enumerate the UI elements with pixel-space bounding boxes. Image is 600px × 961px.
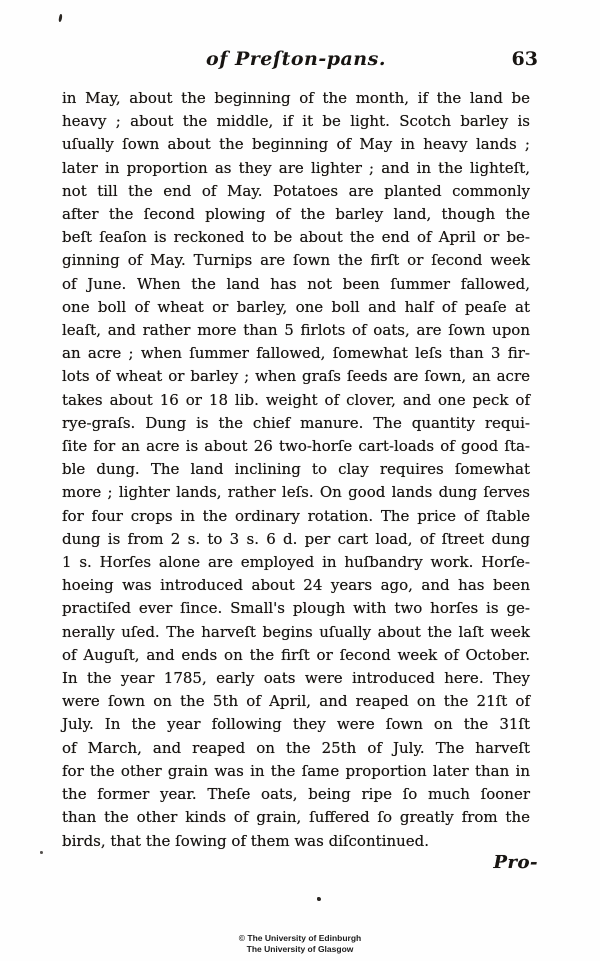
text-line: one boll of wheat or barley, one boll an… — [62, 296, 530, 319]
text-line: practiſed ever ſince. Small's plough wit… — [62, 597, 530, 620]
text-line: beſt ſeaſon is reckoned to be about the … — [62, 226, 530, 249]
text-line: later in proportion as they are lighter … — [62, 157, 530, 180]
page-number: 63 — [512, 48, 538, 70]
text-line: than the other kinds of grain, ſuffered … — [62, 806, 530, 829]
ink-speck — [317, 897, 321, 901]
text-line: in May, about the beginning of the month… — [62, 87, 530, 110]
ink-speck — [58, 14, 63, 22]
text-line: of June. When the land has not been ſumm… — [62, 273, 530, 296]
running-title: of Preſton-pans. — [62, 48, 530, 70]
text-line: leaſt, and rather more than 5 firlots of… — [62, 319, 530, 342]
text-line: ginning of May. Turnips are ſown the fir… — [62, 249, 530, 272]
text-line: an acre ; when ſummer fallowed, ſomewhat… — [62, 342, 530, 365]
copyright-line: © The University of Edinburgh — [0, 933, 600, 944]
text-line: after the ſecond plowing of the barley l… — [62, 203, 530, 226]
text-line: dung is from 2 s. to 3 s. 6 d. per cart … — [62, 528, 530, 551]
copyright-line: The University of Glasgow — [0, 944, 600, 955]
text-line: heavy ; about the middle, if it be light… — [62, 110, 530, 133]
text-line: for the other grain was in the ſame prop… — [62, 760, 530, 783]
text-line: of Auguſt, and ends on the firſt or ſeco… — [62, 644, 530, 667]
text-line: ble dung. The land inclining to clay req… — [62, 458, 530, 481]
catchword: Pro- — [494, 852, 539, 873]
text-line: takes about 16 or 18 lib. weight of clov… — [62, 389, 530, 412]
text-line: birds, that the ſowing of them was diſco… — [62, 830, 530, 853]
text-line: for four crops in the ordinary rotation.… — [62, 505, 530, 528]
text-line: nerally uſed. The harveſt begins uſually… — [62, 621, 530, 644]
text-line: lots of wheat or barley ; when graſs ſee… — [62, 365, 530, 388]
text-line: hoeing was introduced about 24 years ago… — [62, 574, 530, 597]
text-line: of March, and reaped on the 25th of July… — [62, 737, 530, 760]
text-line: not till the end of May. Potatoes are pl… — [62, 180, 530, 203]
scanned-book-page: of Preſton-pans. 63 in May, about the be… — [0, 0, 600, 961]
text-line: the former year. Theſe oats, being ripe … — [62, 783, 530, 806]
text-line: were ſown on the 5th of April, and reape… — [62, 690, 530, 713]
text-line: uſually ſown about the beginning of May … — [62, 133, 530, 156]
copyright-footer: © The University of Edinburgh The Univer… — [0, 933, 600, 955]
text-line: rye-graſs. Dung is the chief manure. The… — [62, 412, 530, 435]
text-line: more ; lighter lands, rather leſs. On go… — [62, 481, 530, 504]
body-text: in May, about the beginning of the month… — [62, 87, 530, 853]
text-line: 1 s. Horſes alone are employed in huſban… — [62, 551, 530, 574]
text-line: July. In the year following they were ſo… — [62, 713, 530, 736]
text-line: In the year 1785, early oats were introd… — [62, 667, 530, 690]
text-line: ſite for an acre is about 26 two-horſe c… — [62, 435, 530, 458]
ink-speck — [40, 851, 43, 854]
